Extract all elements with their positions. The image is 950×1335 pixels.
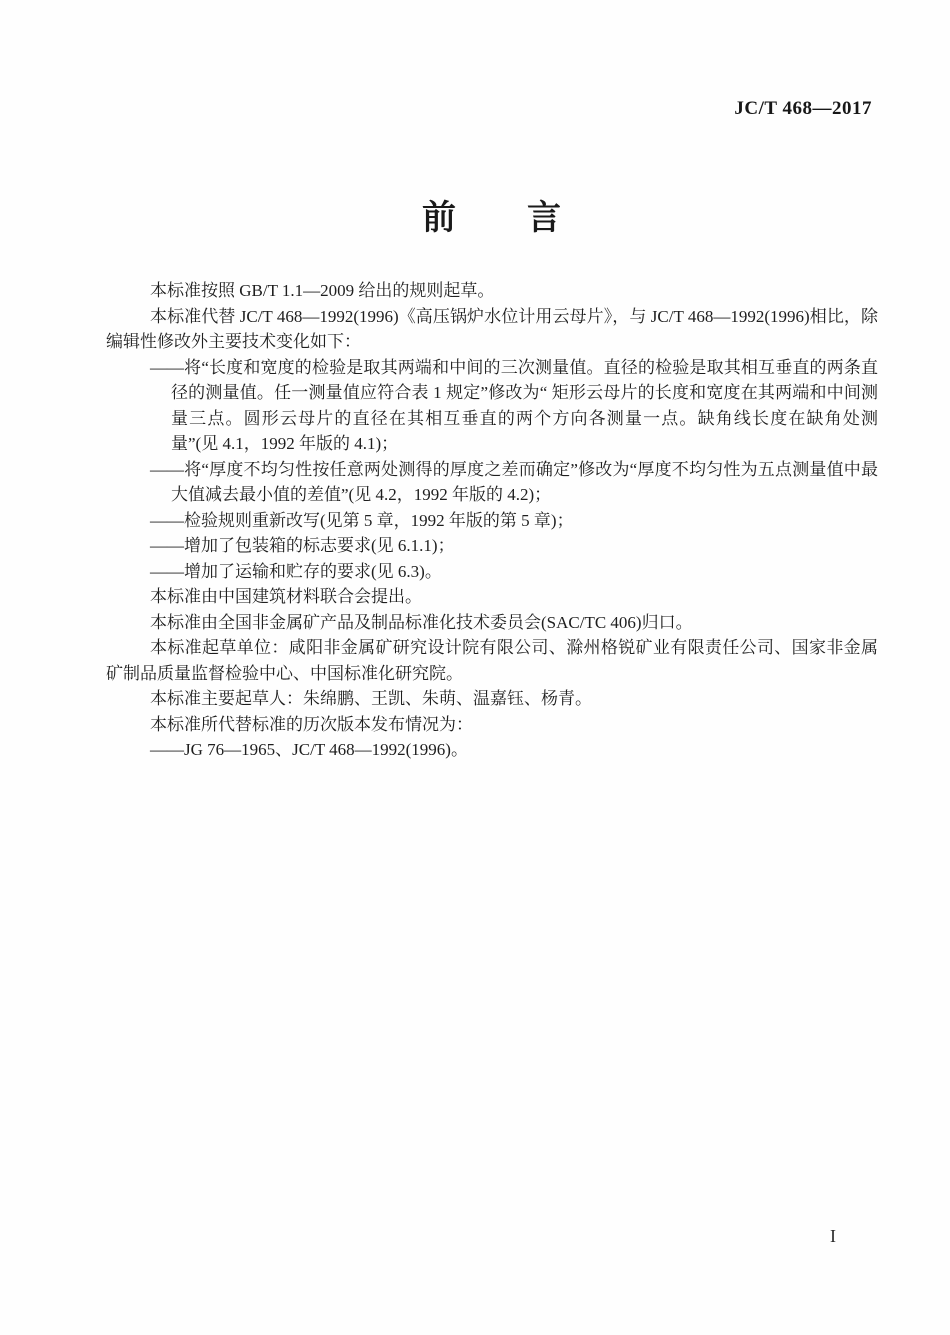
foreword-list-item: ——检验规则重新改写(见第 5 章，1992 年版的第 5 章)； <box>106 508 878 534</box>
foreword-list-item: ——增加了运输和贮存的要求(见 6.3)。 <box>106 559 878 585</box>
foreword-paragraph: 本标准代替 JC/T 468—1992(1996)《高压锅炉水位计用云母片》，与… <box>106 304 878 355</box>
foreword-paragraph: 本标准主要起草人：朱绵鹏、王凯、朱萌、温嘉钰、杨青。 <box>106 686 878 712</box>
foreword-list-item: ——将“厚度不均匀性按任意两处测得的厚度之差而确定”修改为“厚度不均匀性为五点测… <box>106 457 878 508</box>
foreword-paragraph: 本标准由全国非金属矿产品及制品标准化技术委员会(SAC/TC 406)归口。 <box>106 610 878 636</box>
foreword-paragraph: 本标准起草单位：咸阳非金属矿研究设计院有限公司、滁州格锐矿业有限责任公司、国家非… <box>106 635 878 686</box>
foreword-paragraph: 本标准所代替标准的历次版本发布情况为： <box>106 712 878 738</box>
page-title: 前 言 <box>106 190 878 239</box>
foreword-body: 本标准按照 GB/T 1.1—2009 给出的规则起草。本标准代替 JC/T 4… <box>106 278 878 763</box>
foreword-paragraph: 本标准由中国建筑材料联合会提出。 <box>106 584 878 610</box>
page-number: I <box>830 1226 836 1247</box>
standard-code-header: JC/T 468—2017 <box>734 98 872 120</box>
foreword-paragraph: 本标准按照 GB/T 1.1—2009 给出的规则起草。 <box>106 278 878 304</box>
foreword-list-item: ——增加了包装箱的标志要求(见 6.1.1)； <box>106 533 878 559</box>
foreword-list-item: ——JG 76—1965、JC/T 468—1992(1996)。 <box>106 737 878 763</box>
foreword-list-item: ——将“长度和宽度的检验是取其两端和中间的三次测量值。直径的检验是取其相互垂直的… <box>106 355 878 457</box>
document-page: JC/T 468—2017 前 言 本标准按照 GB/T 1.1—2009 给出… <box>0 0 950 1335</box>
